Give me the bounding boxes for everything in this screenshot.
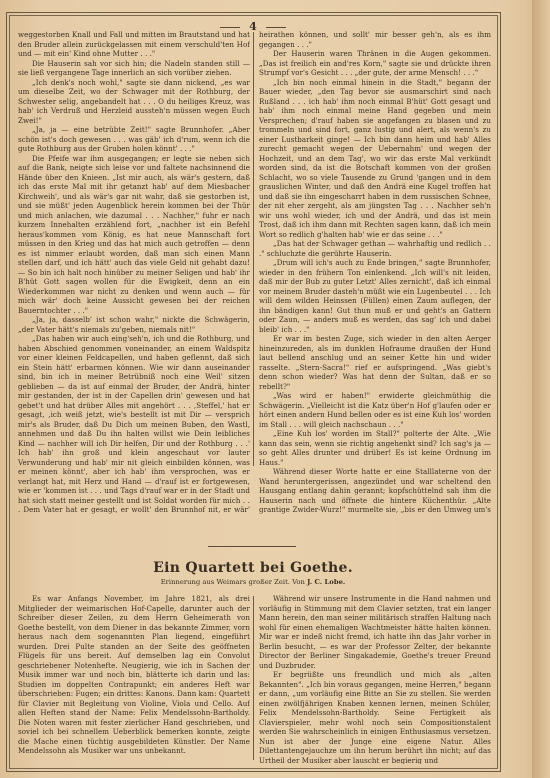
story-paragraph: „Ja, ja, dasselb' ist schon wahr," nickt…: [18, 315, 250, 334]
article-right-column: Während wir unsere Instrumente in die Ha…: [259, 594, 491, 764]
ornament-right: [266, 27, 286, 28]
section-divider: [208, 546, 296, 547]
article-title: Ein Quartett bei Goethe.: [10, 560, 496, 576]
story-paragraph: Der Hauserin waren Thränen in die Augen …: [259, 49, 491, 78]
article-author: J. C. Lobe.: [307, 578, 345, 586]
story-paragraph: „Was wird er haben!" erwiderte gleichmüt…: [259, 391, 491, 429]
story-paragraph: „Ja, ja — eine betrübte Zeit!" sagte Bru…: [18, 125, 250, 154]
story-paragraph: Die Pfeife war ihm ausgegangen; er legte…: [18, 154, 250, 316]
story-paragraph: Während dieser Worte hatte er eine Stall…: [259, 467, 491, 516]
article-subtitle: Erinnerung aus Weimars großer Zeit. Von …: [10, 578, 496, 586]
story-paragraph: „Das haben wir auch eing'seh'n, ich und …: [18, 334, 250, 516]
newspaper-page: 4 weggestorben Knall und Fall und mitten…: [0, 0, 550, 778]
article-paragraph: Er begrüßte uns freundlich und mich als …: [259, 670, 491, 764]
ornament-left: [220, 27, 240, 28]
story-right-column: heirathen können, und sollt' mir besser …: [259, 30, 491, 516]
story-left-column: weggestorben Knall und Fall und mitten i…: [18, 30, 250, 516]
story-paragraph: Die Hauserin sah vor sich hin; die Nadel…: [18, 59, 250, 78]
story-paragraph: „Ich denk's noch wohl," sagte sie dann n…: [18, 78, 250, 126]
article-subtitle-text: Erinnerung aus Weimars großer Zeit.: [161, 578, 290, 586]
story-paragraph: „Das hat der Schwager gethan — wahrhafti…: [259, 239, 491, 258]
story-paragraph: „Eine Kuh los' worden im Stall?" poltert…: [259, 429, 491, 467]
article-paragraph: Es war Anfangs November, im Jahre 1821, …: [18, 594, 250, 756]
byline-prefix: Von: [292, 578, 305, 586]
column-divider: [253, 32, 254, 466]
story-paragraph: „Ich bin noch einmal hinein in die Stadt…: [259, 78, 491, 240]
story-paragraph: heirathen können, und sollt' mir besser …: [259, 30, 491, 49]
page-edge-shadow: [532, 0, 550, 778]
column-divider: [253, 596, 254, 760]
story-paragraph: Er war im besten Zuge, sich wieder in de…: [259, 334, 491, 391]
article-paragraph: Während wir unsere Instrumente in die Ha…: [259, 594, 491, 670]
story-paragraph: „Drum will ich's auch zu Ende bringen," …: [259, 258, 491, 334]
story-paragraph: weggestorben Knall und Fall und mitten i…: [18, 30, 250, 59]
article-left-column: Es war Anfangs November, im Jahre 1821, …: [18, 594, 250, 764]
